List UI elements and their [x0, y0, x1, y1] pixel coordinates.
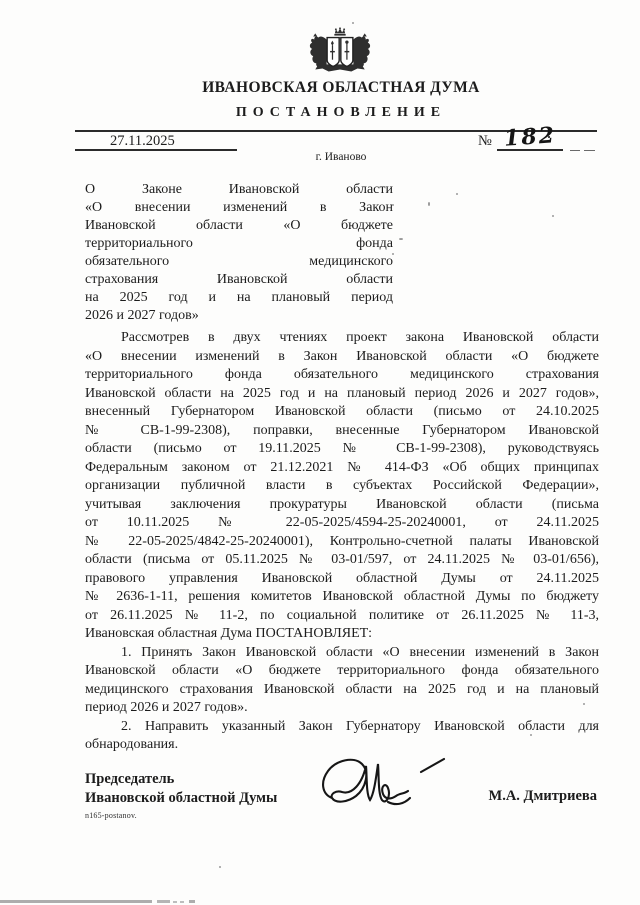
resolution-item-2: 2. Направить указанный Закон Губернатору…	[85, 718, 599, 755]
text-line: от 10.11.2025 № 22-05-2025/4594-25-20240…	[85, 514, 599, 533]
text-line: № 22-05-2025/4842-25-20240001), Контроль…	[85, 533, 599, 552]
text-line: организации публичной власти в субъектах…	[85, 477, 599, 496]
scan-speck	[438, 683, 440, 685]
subject-paragraph: О Законе Ивановской области«О внесении и…	[85, 181, 393, 325]
number-label: №	[478, 133, 492, 150]
text-line: учитывая заключения прокуратуры Ивановск…	[85, 496, 599, 515]
scan-speck	[219, 866, 221, 868]
text-line: Федеральным законом от 21.12.2021 № 414-…	[85, 459, 599, 478]
scan-speck	[583, 703, 585, 705]
text-line: внесенный Губернатором Ивановской област…	[85, 403, 599, 422]
file-reference-note: n165-postanov.	[85, 811, 137, 820]
text-line: территориального фонда	[85, 235, 393, 253]
text-line: области (письмо от 19.11.2025 № СВ-1-99-…	[85, 440, 599, 459]
text-line: 2. Направить указанный Закон Губернатору…	[85, 718, 599, 737]
document-body: Рассмотрев в двух чтениях проект закона …	[85, 329, 599, 755]
document-page: ИВАНОВСКАЯ ОБЛАСТНАЯ ДУМА ПОСТАНОВЛЕНИЕ …	[0, 0, 640, 905]
scan-edge-artifact	[0, 900, 152, 903]
text-line: Рассмотрев в двух чтениях проект закона …	[85, 329, 599, 348]
text-line: № СВ-1-99-2308), поправки, внесенные Губ…	[85, 422, 599, 441]
document-type-title: ПОСТАНОВЛЕНИЕ	[85, 105, 597, 121]
scan-speck	[530, 734, 532, 736]
text-line: Ивановская областная Дума ПОСТАНОВЛЯЕТ:	[85, 625, 599, 644]
text-line: области (письма от 05.11.2025 № 03-01/59…	[85, 551, 599, 570]
text-line: обязательного медицинского	[85, 253, 393, 271]
text-line: Ивановской области на 2025 год и на план…	[85, 385, 599, 404]
signer-name: М.А. Дмитриева	[489, 788, 597, 805]
text-line: медицинского страхования Ивановской обла…	[85, 681, 599, 700]
scan-speck	[399, 238, 403, 240]
scan-edge-artifact	[157, 900, 170, 903]
text-line: «О внесении изменений в Закон Ивановской…	[85, 348, 599, 367]
scan-speck	[456, 193, 458, 195]
text-line: Ивановской области «О бюджете территориа…	[85, 662, 599, 681]
text-line: № 2636-1-11, решения комитетов Ивановско…	[85, 588, 599, 607]
document-date: 27.11.2025	[110, 133, 175, 150]
text-line: территориального фонда обязательного мед…	[85, 366, 599, 385]
scan-speck	[428, 202, 430, 206]
scan-speck	[552, 215, 554, 217]
resolution-item-1: 1. Принять Закон Ивановской области «О в…	[85, 644, 599, 718]
signer-position: Председатель Ивановской областной Думы	[85, 770, 277, 807]
city-label: г. Иваново	[85, 151, 597, 163]
organization-name: ИВАНОВСКАЯ ОБЛАСТНАЯ ДУМА	[85, 79, 597, 97]
scan-edge-artifact	[189, 900, 195, 903]
scan-edge-artifact	[173, 901, 177, 903]
text-line: правового управления Ивановской областно…	[85, 570, 599, 589]
handwritten-signature-icon	[318, 750, 453, 814]
text-line: 2026 и 2027 годов»	[85, 307, 393, 325]
scan-speck	[573, 341, 575, 343]
text-line: страхования Ивановской области	[85, 271, 393, 289]
signer-position-line2: Ивановской областной Думы	[85, 789, 277, 808]
ink-dot	[548, 136, 550, 138]
scan-edge-artifact	[180, 901, 184, 903]
text-line: период 2026 и 2027 годов».	[85, 699, 599, 718]
scan-speck	[392, 253, 394, 255]
preamble-paragraph: Рассмотрев в двух чтениях проект закона …	[85, 329, 599, 644]
signer-position-line1: Председатель	[85, 770, 277, 789]
text-line: Ивановской области «О бюджете	[85, 217, 393, 235]
text-line: 1. Принять Закон Ивановской области «О в…	[85, 644, 599, 663]
text-line: от 26.11.2025 № 11-2, по социальной поли…	[85, 607, 599, 626]
text-line: на 2025 год и на плановый период	[85, 289, 393, 307]
text-line: О Законе Ивановской области	[85, 181, 393, 199]
coat-of-arms-icon	[306, 27, 374, 79]
scan-speck	[352, 22, 354, 24]
scan-speck	[392, 204, 394, 206]
text-line: «О внесении изменений в Закон	[85, 199, 393, 217]
